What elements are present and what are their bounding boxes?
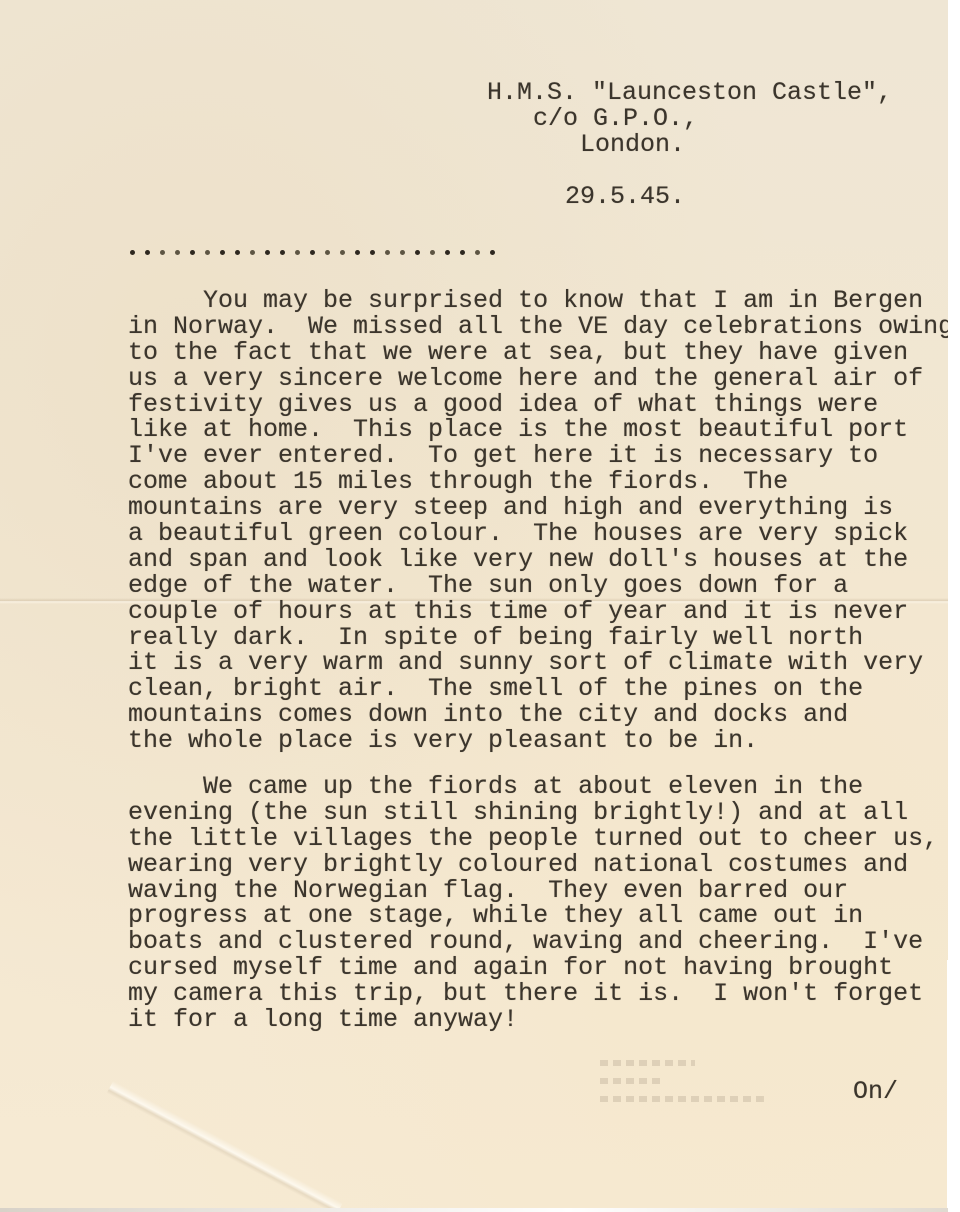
scan-border-bottom (0, 1208, 948, 1212)
separator-dot (250, 250, 255, 255)
ink-show-through (600, 1060, 770, 1120)
separator-dot (175, 250, 180, 255)
text-line: edge of the water. The sun only goes dow… (128, 573, 948, 599)
separator-dot (415, 250, 420, 255)
separator-dot (430, 250, 435, 255)
letter-date: 29.5.45. (565, 184, 685, 210)
separator-dot (490, 250, 495, 255)
separator-dot (475, 250, 480, 255)
continuation-marker: On/ (853, 1079, 898, 1105)
separator-dot (445, 250, 450, 255)
text-line: I've ever entered. To get here it is nec… (128, 443, 948, 469)
text-line: a beautiful green colour. The houses are… (128, 521, 948, 547)
text-line: You may be surprised to know that I am i… (128, 288, 948, 314)
text-line: it is a very warm and sunny sort of clim… (128, 650, 948, 676)
separator-dot (190, 250, 195, 255)
address-city: London. (580, 132, 685, 158)
separator-dot (310, 250, 315, 255)
paragraph-1: You may be surprised to know that I am i… (128, 288, 948, 754)
address-ship: H.M.S. "Launceston Castle", (487, 80, 892, 106)
separator-dot (460, 250, 465, 255)
text-line: us a very sincere welcome here and the g… (128, 366, 948, 392)
separator-dot (295, 250, 300, 255)
text-line: come about 15 miles through the fiords. … (128, 469, 948, 495)
separator-dot (265, 250, 270, 255)
separator-dot (370, 250, 375, 255)
separator-dot (160, 250, 165, 255)
text-line: evening (the sun still shining brightly!… (128, 800, 948, 826)
scan-border-right (947, 960, 960, 1212)
separator-dot (205, 250, 210, 255)
text-line: couple of hours at this time of year and… (128, 599, 948, 625)
text-line: wearing very brightly coloured national … (128, 852, 948, 878)
separator-dot (235, 250, 240, 255)
address-care-of: c/o G.P.O., (533, 106, 698, 132)
separator-dot (385, 250, 390, 255)
separator-dot (400, 250, 405, 255)
separator-dot (355, 250, 360, 255)
text-line: it for a long time anyway! (128, 1007, 948, 1033)
separator-dot (280, 250, 285, 255)
text-line: festivity gives us a good idea of what t… (128, 392, 948, 418)
text-line: boats and clustered round, waving and ch… (128, 929, 948, 955)
text-line: in Norway. We missed all the VE day cele… (128, 314, 948, 340)
text-line: progress at one stage, while they all ca… (128, 903, 948, 929)
text-line: mountains are very steep and high and ev… (128, 495, 948, 521)
text-line: We came up the fiords at about eleven in… (128, 774, 948, 800)
text-line: to the fact that we were at sea, but the… (128, 340, 948, 366)
text-line: cursed myself time and again for not hav… (128, 955, 948, 981)
paper-crease-diagonal (107, 1081, 343, 1212)
paragraph-2: We came up the fiords at about eleven in… (128, 774, 948, 1033)
text-line: waving the Norwegian flag. They even bar… (128, 878, 948, 904)
text-line: clean, bright air. The smell of the pine… (128, 676, 948, 702)
dotted-separator (130, 250, 505, 255)
text-line: really dark. In spite of being fairly we… (128, 625, 948, 651)
letter-page: H.M.S. "Launceston Castle", c/o G.P.O., … (0, 0, 948, 1212)
separator-dot (130, 250, 135, 255)
text-line: like at home. This place is the most bea… (128, 417, 948, 443)
separator-dot (325, 250, 330, 255)
separator-dot (340, 250, 345, 255)
text-line: and span and look like very new doll's h… (128, 547, 948, 573)
separator-dot (145, 250, 150, 255)
text-line: the little villages the people turned ou… (128, 826, 948, 852)
separator-dot (220, 250, 225, 255)
text-line: mountains comes down into the city and d… (128, 702, 948, 728)
text-line: my camera this trip, but there it is. I … (128, 981, 948, 1007)
text-line: the whole place is very pleasant to be i… (128, 728, 948, 754)
